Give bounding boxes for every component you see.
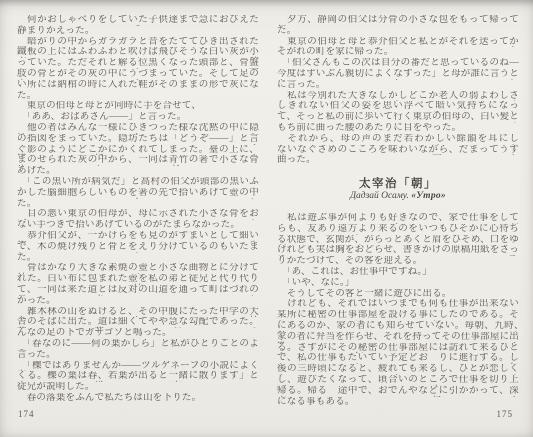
- text-line: 雑木林の山をぬけると、その中腹にたった中学の大きな校: [17, 307, 259, 318]
- text-line: 家の者に弁当を作らせ、それを持ってその仕事部屋に出勤す: [277, 332, 519, 343]
- text-line: 私は今別れた大きなしかしどこか老人の弱よわしさをかく: [277, 91, 519, 102]
- text-line: 今度はずいぶん親切によくなすった」と母が誰に言うともなし: [277, 69, 519, 80]
- text-line: それから、母の声のまだ若わかしい餘韻を耳にして、はか: [277, 134, 519, 145]
- book-spread-scan: 何かおしゃべりをしていた子供達まで急におびえたように静まりかえった。 暗がりの中…: [0, 0, 533, 437]
- section-heading-russian: Дадзай Осаму. «Утро»: [277, 191, 519, 201]
- text-line: 言った。: [17, 350, 259, 361]
- text-line: 静まりかえった。: [17, 26, 259, 37]
- text-line: に言った。: [277, 80, 519, 91]
- text-line: 肢の骨とがその灰の中にうづまっていた。そして足の方らし: [17, 69, 259, 80]
- text-line: まのせられた灰の中から、一同は青竹の箸で小さな骨片を拾ひ: [17, 155, 259, 166]
- text-line: る状態で、玄関が、がらっとあくと眉をひそめ、口をゆがめて、: [277, 235, 519, 246]
- text-line: た。: [17, 253, 259, 264]
- text-line: し、遊びたくなって、頃合いのところで仕事を切り上げ、家へ: [277, 375, 519, 386]
- text-line: 曲った。: [277, 155, 519, 166]
- text-line: 他の者はみんな一様にひきつった様な沈黙の中に隠坊たち: [17, 123, 259, 134]
- text-line: 「この黒い所が病気だ」と高村の伯父が頭部の黒いふかふ: [17, 177, 259, 188]
- text-line: 夕方、静岡の伯父は分骨の小さな包をもって帰って行っ: [277, 15, 519, 26]
- text-line: 舎のそばに出た。道は細くてやや急な勾配であった。落葉がみ: [17, 317, 259, 328]
- text-line: らも、友あり遠方より来るのをいつもひそかに心待ちにしてい: [277, 224, 519, 235]
- text-line: 鐵板の上にはふわふわと吹けば飛びそうな白い灰が小高く積: [17, 47, 259, 58]
- text-line: 何かおしゃべりをしていた子供達まで急におびえたように: [17, 15, 259, 26]
- text-line: そがれの町を家に帰った。: [277, 47, 519, 58]
- text-line: 「いや、なに。」: [277, 278, 519, 289]
- text-line: けれども実は胸をおどらせ、書きかけの原稿用紙をさっそく取: [277, 245, 519, 256]
- text-line: て、そっと私の前に歩いて行く東京の伯母の、白い髪とこころ: [277, 112, 519, 123]
- text-line: 骨はかなり大きな素焼の壺と小さな曲物とに分けて納めら: [17, 263, 259, 274]
- right-page-text-column-upper: 夕方、静岡の伯父は分骨の小さな包をもって帰って行った。 東京の伯母と母と恭介伯父…: [277, 15, 519, 166]
- section-heading-japanese: 太宰治「朝」: [277, 175, 519, 191]
- text-line: もち前に曲った腰のあたりに目をやった。: [277, 123, 519, 134]
- text-line: っていた。ただそれと解る位黒くなった頭部と、骨盤から下: [17, 58, 259, 69]
- text-line: た。: [17, 199, 259, 210]
- text-line: 帰る。帰る 途中で、おでんやなどに引かかって、深夜の帰宅: [277, 386, 519, 397]
- text-line: 目の悪い東京の伯母が、母に示された小さな骨をおぼつか: [17, 209, 259, 220]
- text-line: しきれない伯父の姿を思い浮べて暗い気持ちになった。そし: [277, 101, 519, 112]
- text-line: た。: [277, 26, 519, 37]
- text-line: ぐ影のようにどこかにかくれてしまった。臺の上に、鐵板のま: [17, 145, 259, 156]
- text-line: ない手つきで拾いあげているのがたまらなかった。: [17, 220, 259, 231]
- text-line: 後の三時頃になると、疲れても来るし、ひとが恋しくもなる: [277, 364, 519, 375]
- text-line: 東京の伯母と母と恭介伯父と私とがそれを送ってから、た: [277, 37, 519, 48]
- text-line: になる事もある。: [277, 397, 519, 408]
- left-page-text-column: 何かおしゃべりをしていた子供達まで急におびえたように静まりかえった。 暗がりの中…: [17, 15, 259, 404]
- section-heading-russian-author: Дадзай Осаму.: [350, 191, 409, 201]
- text-line: 「あ、これは、お仕事中ですね。」: [277, 267, 519, 278]
- right-page-text-column-lower: 私は遊ぶ事が何よりも好きなので、家で仕事をしていながらも、友あり遠方より来るのを…: [277, 213, 519, 407]
- text-line: 「櫟ではありませんか――ツルゲネーフの小説によく出て: [17, 361, 259, 372]
- text-line: あげた。: [17, 166, 259, 177]
- text-line: んなの足の下でガサゴソと鳴った。: [17, 328, 259, 339]
- text-line: い所には納棺の時に入れた鞋がそのままの形で灰になってい: [17, 80, 259, 91]
- text-line: て、一同は来た道とは反対の山道を通って町はづれの長寺にむ: [17, 285, 259, 296]
- text-line: 従兄が説明した。: [17, 382, 259, 393]
- text-line: れた。白い布に包まれた壺を私の弟と従兄と代り代りに持っ: [17, 274, 259, 285]
- text-line: 暗がりの中からガラガラと音をたててひき出された厚い: [17, 37, 259, 48]
- text-line: の指図をまっていた。隠坊たちは「どうぞ――」と言って、す: [17, 134, 259, 145]
- text-line: そうしてその客と一緒に遊びに出る。: [277, 289, 519, 300]
- text-line: 「春なのに――何の葉かしら」と私がひとりごとのように: [17, 339, 259, 350]
- text-line: けれども、それではいつまでも何も仕事が出来ないので、: [277, 299, 519, 310]
- text-line: ないなぐさめのこころを味わいながら、だまってうす暗い町を: [277, 145, 519, 156]
- text-line: 「ああ、おばあさん――」と言った。: [17, 112, 259, 123]
- text-line: で、木の焼け残りと骨とをえり分けているのもいたましかっ: [17, 242, 259, 253]
- text-line: る。さすがにその秘密の仕事部屋には訪れて来るひとも無いの: [277, 343, 519, 354]
- text-line: 「伯父さんもこの次は自分の番だと思っているのね――。: [277, 58, 519, 69]
- text-line: かった。: [17, 296, 259, 307]
- page-number-left: 174: [18, 409, 35, 419]
- page-number-right: 175: [277, 409, 513, 419]
- text-line: くる。櫟の葉は春、若葉が出ると一緒に散ります」と小説家の: [17, 371, 259, 382]
- text-line: りかたづけて、その客を迎える。: [277, 256, 519, 267]
- text-line: 東京の伯母と母とが同時に手を合せて、: [17, 101, 259, 112]
- text-line: 春の落葉をふんで私たちは山を下りた。: [17, 393, 259, 404]
- text-line: 私は遊ぶ事が何よりも好きなので、家で仕事をしていなが: [277, 213, 519, 224]
- text-line: で、私の仕事もたいてい予定どお りに進行する。しかし、午: [277, 353, 519, 364]
- text-line: 恭介伯父が、一かけらをも見のがすまいとして細い箸の先: [17, 231, 259, 242]
- section-heading-russian-title: «Утро»: [411, 191, 446, 201]
- text-line: かした腦細胞らしいものを箸の先で拾いあげて壺の中に入れ: [17, 188, 259, 199]
- text-line: にあるのか、家の者にも知らせていない。毎朝、九時、 私は: [277, 321, 519, 332]
- text-line: た。: [17, 91, 259, 102]
- text-line: 某所に秘密の仕事部屋を設ける事にしたのである。それはどこ: [277, 310, 519, 321]
